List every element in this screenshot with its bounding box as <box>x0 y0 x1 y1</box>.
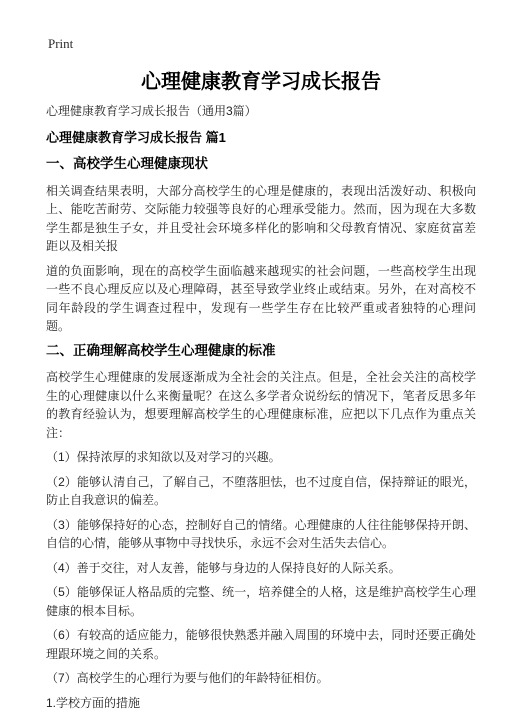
list-item-paragraph: （6）有较高的适应能力，能够很快熟悉并融入周围的环境中去，同时还要正确处理跟环境… <box>46 626 476 663</box>
list-item-paragraph: （5）能够保证人格品质的完整、统一，培养健全的人格，这是维护高校学生心理健康的根… <box>46 583 476 620</box>
list-item-paragraph: （7）高校学生的心理行为要与他们的年龄特征相仿。 <box>46 669 476 688</box>
list-item-paragraph: （1）保持浓厚的求知欲以及对学习的兴趣。 <box>46 448 476 467</box>
paragraph: 相关调查结果表明，大部分高校学生的心理是健康的，表现出活泼好动、积极向上、能吃苦… <box>46 182 476 256</box>
page-title: 心理健康教育学习成长报告 <box>46 69 476 95</box>
list-item-paragraph: （2）能够认清自己，了解自己，不堕落胆怯，也不过度自信，保持辩证的眼光，防止自我… <box>46 473 476 510</box>
paragraph: 高校学生心理健康的发展逐渐成为全社会的关注点。但是，全社会关注的高校学生的心理健… <box>46 368 476 442</box>
sub-point-label: 1.学校方面的措施 <box>46 694 476 713</box>
paragraph: 道的负面影响，现在的高校学生面临越来越现实的社会问题，一些高校学生出现一些不良心… <box>46 262 476 336</box>
part-title: 心理健康教育学习成长报告 篇1 <box>46 129 476 148</box>
section-heading: 一、高校学生心理健康现状 <box>46 155 476 174</box>
list-item-paragraph: （4）善于交往，对人友善，能够与身边的人保持良好的人际关系。 <box>46 559 476 578</box>
section-heading: 二、正确理解高校学生心理健康的标准 <box>46 342 476 361</box>
print-button[interactable]: Print <box>48 36 73 52</box>
document-subtitle: 心理健康教育学习成长报告（通用3篇） <box>46 102 476 121</box>
document-page: Print 心理健康教育学习成长报告 心理健康教育学习成长报告（通用3篇） 心理… <box>0 0 520 718</box>
list-item-paragraph: （3）能够保持好的心态，控制好自己的情绪。心理健康的人往往能够保持开朗、自信的心… <box>46 516 476 553</box>
